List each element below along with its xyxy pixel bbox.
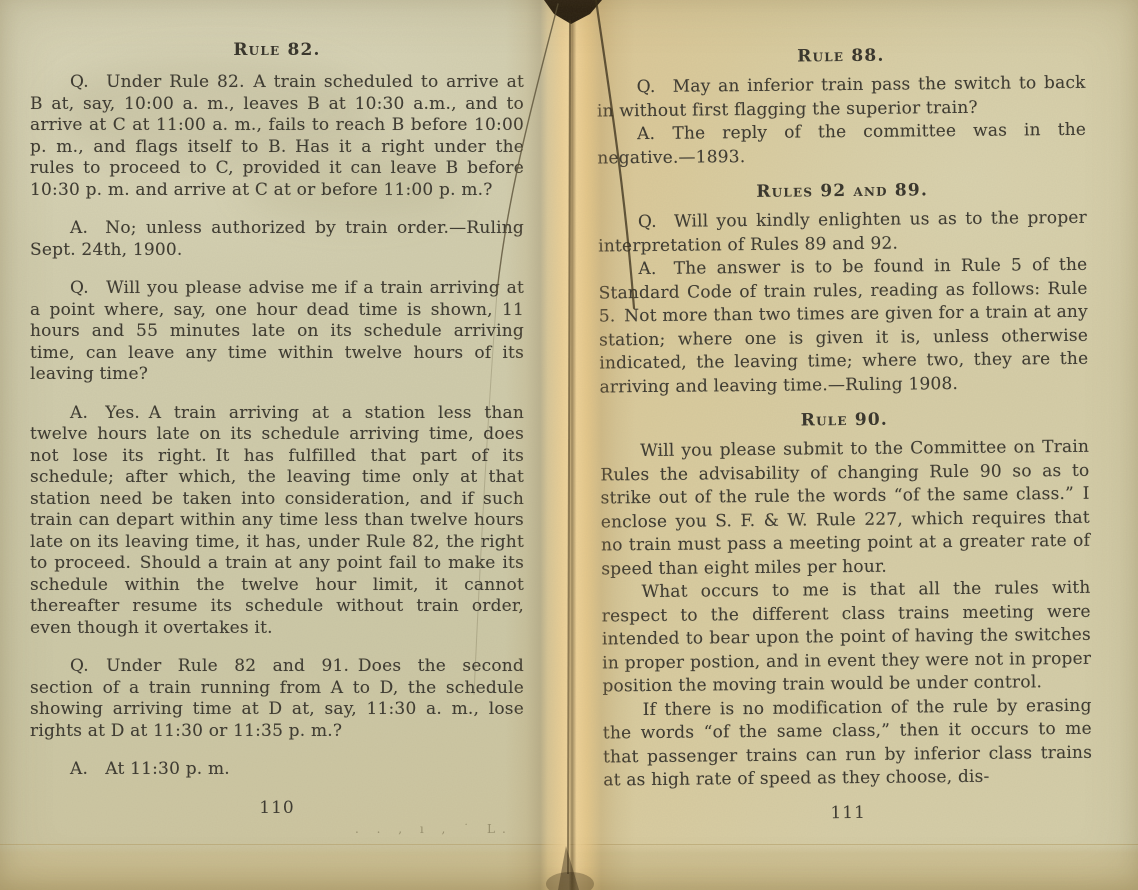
page-bottom-edge bbox=[0, 844, 1138, 890]
left-page-content: Rule 82. Q. Under Rule 82. A train sched… bbox=[0, 0, 569, 818]
qa-answer-paragraph: A. The answer is to be found in Rule 5 o… bbox=[598, 254, 1088, 400]
section-rules-92-and-89: Rules 92 and 89. Q. Will you kindly enli… bbox=[598, 179, 1089, 400]
section-heading: Rule 82. bbox=[30, 40, 524, 60]
section-rule-88: Rule 88. Q. May an inferior train pass t… bbox=[596, 44, 1086, 171]
page-number-left: 110 bbox=[30, 798, 524, 818]
body-paragraph: Will you please submit to the Committee … bbox=[600, 436, 1090, 582]
open-book-scan: Rule 82. Q. Under Rule 82. A train sched… bbox=[0, 0, 1138, 890]
qa-answer-paragraph: A. Yes. A train arriving at a station le… bbox=[30, 403, 524, 640]
section-heading: Rule 88. bbox=[596, 44, 1085, 69]
qa-answer-paragraph: A. The reply of the committee was in the… bbox=[597, 119, 1086, 171]
body-paragraph: What occurs to me is that all the rules … bbox=[601, 577, 1091, 699]
qa-answer-paragraph: A. At 11:30 p. m. bbox=[30, 759, 524, 781]
body-paragraph: If there is no modification of the rule … bbox=[603, 694, 1093, 793]
qa-question-paragraph: Q. Will you please advise me if a train … bbox=[30, 278, 524, 386]
qa-question-paragraph: Q. May an inferior train pass the switch… bbox=[597, 72, 1086, 124]
stray-ink-marks: . . , ı , ˙ L. bbox=[355, 822, 513, 836]
left-page: Rule 82. Q. Under Rule 82. A train sched… bbox=[0, 0, 569, 890]
qa-question-paragraph: Q. Will you kindly enlighten us as to th… bbox=[598, 207, 1087, 259]
section-rule-90: Rule 90. Will you please submit to the C… bbox=[600, 408, 1093, 793]
qa-question-paragraph: Q. Under Rule 82 and 91. Does the second… bbox=[30, 656, 524, 742]
right-page: Rule 88. Q. May an inferior train pass t… bbox=[569, 0, 1138, 890]
qa-answer-paragraph: A. No; unless authorized by train order.… bbox=[30, 218, 524, 261]
section-heading: Rule 90. bbox=[600, 408, 1089, 433]
section-heading: Rules 92 and 89. bbox=[598, 179, 1087, 204]
page-number-right: 111 bbox=[604, 800, 1093, 825]
qa-question-paragraph: Q. Under Rule 82. A train scheduled to a… bbox=[30, 72, 524, 201]
section-rule-82: Rule 82. Q. Under Rule 82. A train sched… bbox=[30, 40, 524, 781]
right-page-content: Rule 88. Q. May an inferior train pass t… bbox=[566, 0, 1138, 825]
